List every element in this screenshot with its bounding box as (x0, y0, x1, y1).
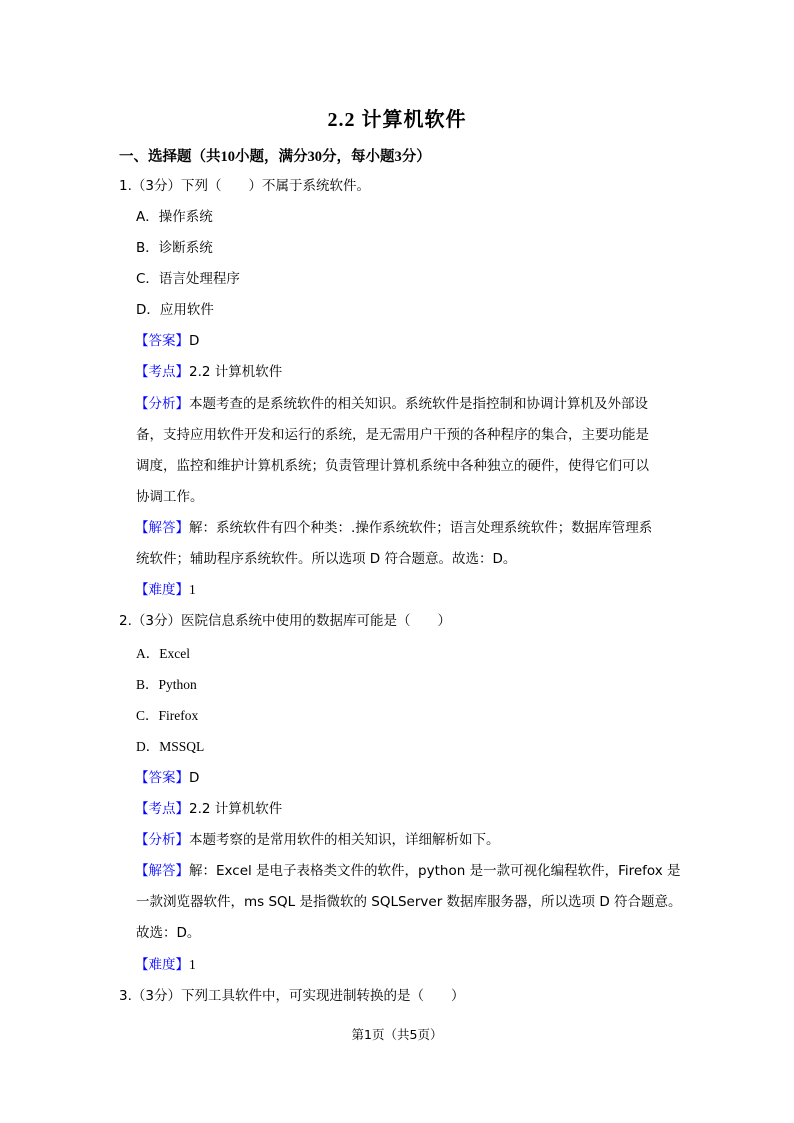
topic-tag: 【考点】 (135, 801, 189, 817)
analysis-line: 本题考查的是系统软件的相关知识。系统软件是指控制和协调计算机及外部设 (189, 396, 648, 412)
solution-tag: 【解答】 (135, 863, 189, 879)
analysis-line: 本题考察的是常用软件的相关知识，详细解析如下。 (189, 832, 500, 848)
solution-tag: 【解答】 (135, 520, 189, 536)
page-title: 2.2 计算机软件 (0, 103, 794, 132)
document-page: 2.2 计算机软件 一、选择题（共10小题，满分30分，每小题3分） 1.（3分… (0, 0, 794, 1123)
answer-tag: 【答案】 (135, 333, 189, 349)
question-3-stem: 3.（3分）下列工具软件中，可实现进制转换的是（ ） (119, 987, 464, 1005)
difficulty-value: 1 (189, 957, 196, 972)
answer-value: D (189, 333, 199, 349)
question-1-difficulty: 【难度】1 (135, 581, 196, 599)
question-2-stem: 2.（3分）医院信息系统中使用的数据库可能是（ ） (119, 612, 451, 630)
question-2-option-b: B．Python (136, 676, 197, 694)
answer-value: D (189, 770, 199, 786)
question-1-stem: 1.（3分）下列（ ）不属于系统软件。 (119, 177, 370, 195)
difficulty-tag: 【难度】 (135, 957, 189, 973)
question-2-analysis: 【分析】本题考察的是常用软件的相关知识，详细解析如下。 (135, 831, 500, 849)
question-1-answer: 【答案】D (135, 332, 199, 350)
topic-value: 2.2 计算机软件 (189, 801, 282, 817)
answer-tag: 【答案】 (135, 770, 189, 786)
question-1-option-a: A．操作系统 (136, 208, 213, 226)
analysis-line: 协调工作。 (136, 488, 204, 506)
question-2-topic: 【考点】2.2 计算机软件 (135, 800, 282, 818)
solution-line: 解：系统软件有四个种类：.操作系统软件；语言处理系统软件；数据库管理系 (189, 520, 652, 536)
solution-line: 解：Excel 是电子表格类文件的软件，python 是一款可视化编程软件，Fi… (189, 863, 681, 879)
question-2-option-d: D．MSSQL (136, 738, 204, 756)
analysis-line: 调度，监控和维护计算机系统；负责管理计算机系统中各种独立的硬件，使得它们可以 (136, 457, 649, 475)
topic-value: 2.2 计算机软件 (189, 364, 282, 380)
question-1-topic: 【考点】2.2 计算机软件 (135, 363, 282, 381)
question-1-analysis: 【分析】本题考查的是系统软件的相关知识。系统软件是指控制和协调计算机及外部设 (135, 395, 648, 413)
solution-line: 一款浏览器软件，ms SQL 是指微软的 SQLServer 数据库服务器，所以… (136, 893, 682, 911)
option-text: B．Python (136, 677, 197, 692)
solution-line: 故选：D。 (136, 924, 200, 942)
section-heading: 一、选择题（共10小题，满分30分，每小题3分） (119, 145, 431, 166)
question-1-option-b: B．诊断系统 (136, 239, 213, 257)
question-2-option-c: C．Firefox (136, 707, 198, 725)
question-2-option-a: A．Excel (136, 645, 190, 663)
question-2-difficulty: 【难度】1 (135, 956, 196, 974)
page-footer: 第1页（共5页） (0, 1025, 794, 1043)
topic-tag: 【考点】 (135, 364, 189, 380)
option-text: C．Firefox (136, 708, 198, 723)
question-2-solution: 【解答】解：Excel 是电子表格类文件的软件，python 是一款可视化编程软… (135, 862, 681, 880)
analysis-tag: 【分析】 (135, 396, 189, 412)
question-2-answer: 【答案】D (135, 769, 199, 787)
difficulty-value: 1 (189, 582, 196, 597)
analysis-tag: 【分析】 (135, 832, 189, 848)
question-1-solution: 【解答】解：系统软件有四个种类：.操作系统软件；语言处理系统软件；数据库管理系 (135, 519, 652, 537)
question-1-option-d: D．应用软件 (136, 301, 214, 319)
option-text: A．Excel (136, 646, 190, 661)
analysis-line: 备，支持应用软件开发和运行的系统，是无需用户干预的各种程序的集合，主要功能是 (136, 426, 649, 444)
difficulty-tag: 【难度】 (135, 582, 189, 598)
option-text: D．MSSQL (136, 739, 204, 754)
question-1-option-c: C．语言处理程序 (136, 270, 240, 288)
solution-line: 统软件；辅助程序系统软件。所以选项 D 符合题意。故选：D。 (136, 550, 516, 568)
